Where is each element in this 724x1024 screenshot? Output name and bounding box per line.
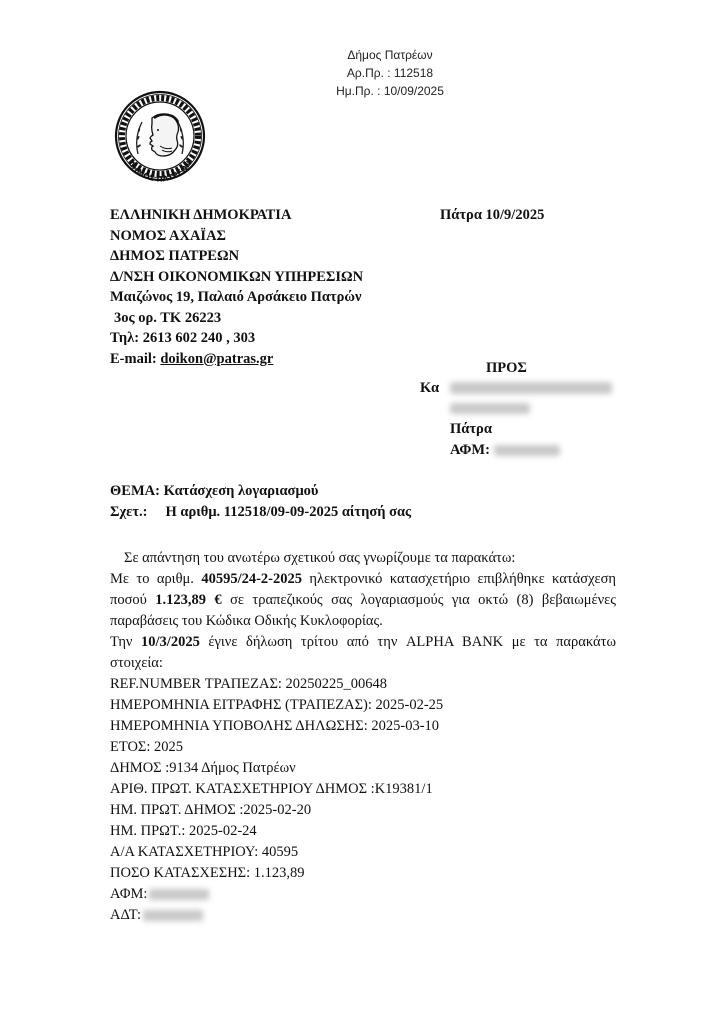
letter-page: Δήμος Πατρέων Αρ.Πρ. : 112518 Ημ.Πρ. : 1… (0, 0, 724, 1024)
detail-municipality: ΔΗΜΟΣ :9134 Δήμος Πατρέων (110, 758, 616, 779)
place-date: Πάτρα 10/9/2025 (440, 205, 544, 225)
sender-address: Μαιζώνος 19, Παλαιό Αρσάκειο Πατρών (110, 287, 363, 308)
email-link[interactable]: doikon@patras.gr (160, 351, 273, 367)
declaration-date: 10/3/2025 (141, 634, 200, 650)
email-label: E-mail: (110, 351, 160, 367)
redacted-afm (149, 889, 209, 900)
body-intro: Σε απάντηση του ανωτέρω σχετικού σας γνω… (110, 548, 616, 569)
sender-line-prefecture: ΝΟΜΟΣ ΑΧΑΪΑΣ (110, 226, 363, 247)
sender-email-row: E-mail: doikon@patras.gr (110, 349, 363, 370)
stamp-municipality: Δήμος Πατρέων (300, 46, 480, 64)
recipient-salutation: Κα (420, 378, 439, 399)
detail-bank-entry-date: ΗΜΕΡΟΜΗΝΙΑ ΕΙΤΡΑΦΗΣ (ΤΡΑΠΕΖΑΣ): 2025-02-… (110, 695, 616, 716)
reference-row: Σχετ.:Η αριθμ. 112518/09-09-2025 αίτησή … (110, 502, 411, 523)
subject-block: ΘΕΜΑ: Κατάσχεση λογαριασμού Σχετ.:Η αριθ… (110, 481, 411, 523)
seizure-order-number: 40595/24-2-2025 (201, 571, 302, 587)
letter-body: Σε απάντηση του ανωτέρω σχετικού σας γνω… (110, 548, 616, 926)
detail-municipality-protocol-date: ΗΜ. ΠΡΩΤ. ΔΗΜΟΣ :2025-02-20 (110, 800, 616, 821)
detail-adt-label: ΑΔΤ: (110, 907, 141, 923)
subject-label: ΘΕΜΑ: (110, 483, 160, 499)
body-paragraph-declaration: Την 10/3/2025 έγινε δήλωση τρίτου από τη… (110, 632, 616, 674)
redacted-recipient-afm (494, 445, 560, 456)
detail-afm-row: ΑΦΜ: (110, 884, 616, 905)
redacted-adt (143, 910, 203, 921)
subject-row: ΘΕΜΑ: Κατάσχεση λογαριασμού (110, 481, 411, 502)
stamp-protocol-date: Ημ.Πρ. : 10/09/2025 (300, 82, 480, 100)
subject-text: Κατάσχεση λογαριασμού (164, 483, 319, 499)
detail-adt-row: ΑΔΤ: (110, 905, 616, 926)
recipient-city: Πάτρα (450, 419, 492, 440)
recipient-afm-row: ΑΦΜ: (450, 440, 560, 461)
detail-year: ΕΤΟΣ: 2025 (110, 737, 616, 758)
reference-text: Η αριθμ. 112518/09-09-2025 αίτησή σας (166, 504, 412, 520)
sender-floor-postcode: 3ος ορ. ΤΚ 26223 (110, 308, 363, 329)
redacted-recipient-name (450, 382, 612, 394)
sender-line-directorate: Δ/ΝΣΗ ΟΙΚΟΝΟΜΙΚΩΝ ΥΠΗΡΕΣΙΩΝ (110, 267, 363, 288)
seizure-amount: 1.123,89 € (155, 592, 221, 608)
detail-seizure-serial: Α/Α ΚΑΤΑΣΧΕΤΗΡΙΟΥ: 40595 (110, 842, 616, 863)
detail-seizure-amount: ΠΟΣΟ ΚΑΤΑΣΧΕΣΗΣ: 1.123,89 (110, 863, 616, 884)
p2-text-a: Την (110, 634, 141, 650)
sender-line-municipality: ΔΗΜΟΣ ΠΑΤΡΕΩΝ (110, 246, 363, 267)
detail-ref-number: REF.NUMBER ΤΡΑΠΕΖΑΣ: 20250225_00648 (110, 674, 616, 695)
reference-label: Σχετ.: (110, 504, 148, 520)
stamp-protocol-number: Αρ.Πρ. : 112518 (300, 64, 480, 82)
recipient-afm-label: ΑΦΜ: (450, 442, 490, 458)
municipality-seal-icon: ΔΗΜΟΣ ΠΑΤΡΕΩΝ (108, 88, 212, 192)
p1-text-a: Με το αριθμ. (110, 571, 201, 587)
body-paragraph-seizure: Με το αριθμ. 40595/24-2-2025 ηλεκτρονικό… (110, 569, 616, 632)
sender-line-republic: ΕΛΛΗΝΙΚΗ ΔΗΜΟΚΡΑΤΙΑ (110, 205, 363, 226)
sender-block: ΕΛΛΗΝΙΚΗ ΔΗΜΟΚΡΑΤΙΑ ΝΟΜΟΣ ΑΧΑΪΑΣ ΔΗΜΟΣ Π… (110, 205, 363, 369)
detail-seizure-protocol-number: ΑΡΙΘ. ΠΡΩΤ. ΚΑΤΑΣΧΕΤΗΡΙΟΥ ΔΗΜΟΣ :Κ19381/… (110, 779, 616, 800)
sender-phone: Τηλ: 2613 602 240 , 303 (110, 328, 363, 349)
detail-protocol-date: ΗΜ. ΠΡΩΤ.: 2025-02-24 (110, 821, 616, 842)
protocol-stamp: Δήμος Πατρέων Αρ.Πρ. : 112518 Ημ.Πρ. : 1… (300, 46, 480, 100)
detail-afm-label: ΑΦΜ: (110, 886, 147, 902)
redacted-recipient-address (450, 403, 530, 414)
detail-declaration-date: ΗΜΕΡΟΜΗΝΙΑ ΥΠΟΒΟΛΗΣ ΔΗΛΩΣΗΣ: 2025-03-10 (110, 716, 616, 737)
recipient-to-label: ΠΡΟΣ (486, 358, 527, 379)
